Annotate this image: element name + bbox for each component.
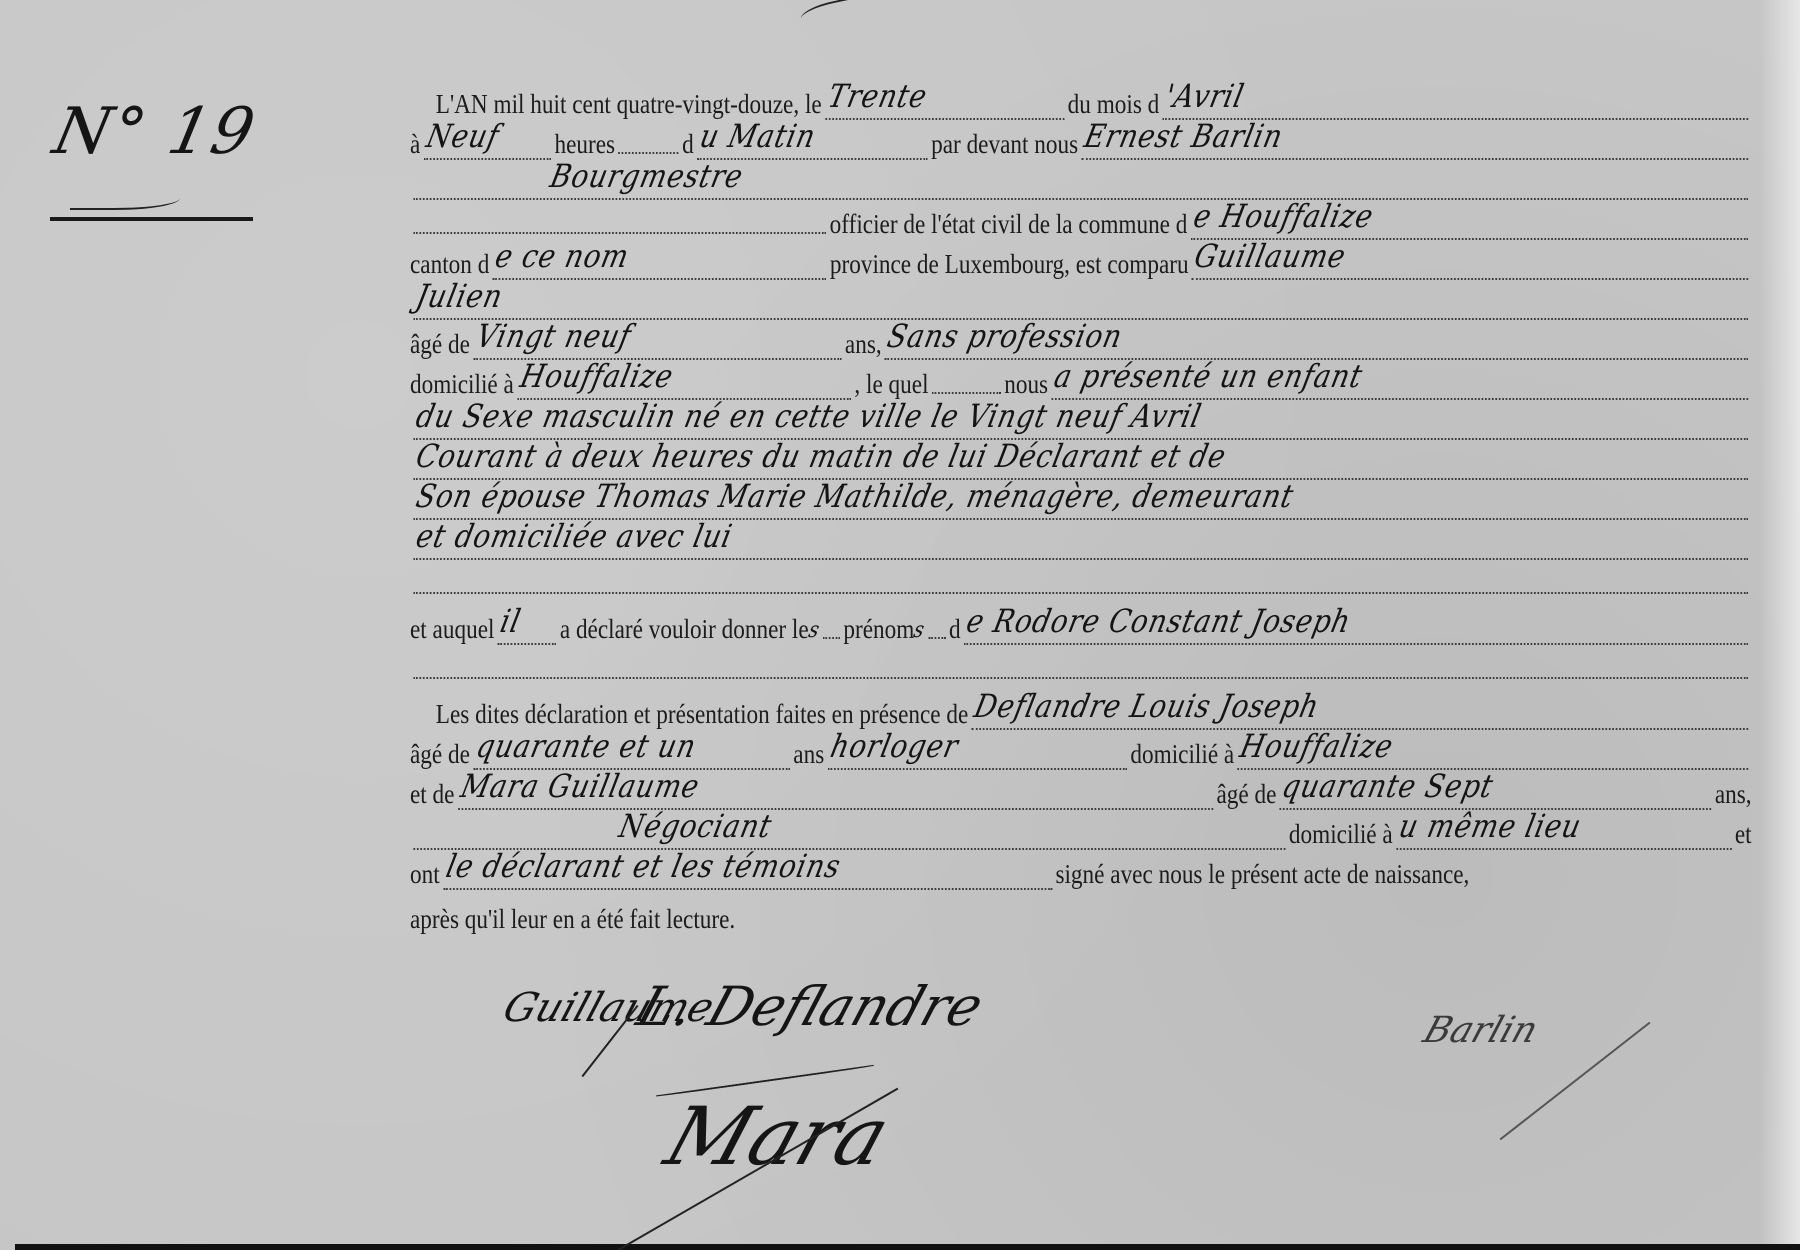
- form-line-6: Julien: [410, 280, 1752, 320]
- printed-text: du mois d: [1068, 89, 1160, 120]
- witness2-name-field: Mara Guillaume: [458, 776, 1213, 810]
- witness2-profession-field: Négociant: [413, 816, 1285, 850]
- witness2-residence-field: u même lieu: [1396, 816, 1731, 850]
- form-line-15: [410, 645, 1752, 685]
- form-line-12: et domiciliée avec lui: [410, 520, 1752, 560]
- declarant-last-name-field: Julien: [413, 286, 1748, 320]
- printed-text: ans,: [1715, 779, 1752, 810]
- dotted-line: [928, 636, 945, 639]
- printed-text: après qu'il leur en a été fait lecture.: [410, 904, 735, 935]
- declarant-residence-field: Houffalize: [517, 366, 851, 400]
- form-line-5: canton d e ce nom province de Luxembourg…: [410, 240, 1752, 280]
- printed-text: , le quel: [854, 369, 928, 400]
- printed-text: ont: [410, 859, 440, 890]
- ink-stroke: [799, 0, 861, 26]
- witness1-name-field: Deflandre Louis Joseph: [972, 696, 1748, 730]
- scan-border: [15, 1244, 1800, 1250]
- form-line-18: et de Mara Guillaume âgé de quarante Sep…: [410, 770, 1752, 810]
- form-line-13: [410, 560, 1752, 600]
- printed-text: signé avec nous le présent acte de naiss…: [1055, 859, 1469, 890]
- printed-text: prénom: [843, 614, 914, 645]
- signature-officer: Barlin: [1418, 1010, 1543, 1051]
- form-line-7: âgé de Vingt neuf ans, Sans profession: [410, 320, 1752, 360]
- printed-text: âgé de: [410, 739, 470, 770]
- form-line-20: ont le déclarant et les témoins signé av…: [410, 850, 1752, 890]
- printed-text: a déclaré vouloir donner le: [560, 614, 809, 645]
- page-edge: [1760, 0, 1800, 1250]
- witness1-residence-field: Houffalize: [1238, 736, 1748, 770]
- commune-field: e Houffalize: [1191, 206, 1748, 240]
- form-line-10: Courant à deux heures du matin de lui Dé…: [410, 440, 1752, 480]
- form-line-11: Son épouse Thomas Marie Mathilde, ménagè…: [410, 480, 1752, 520]
- child-names-field: e Rodore Constant Joseph: [964, 611, 1748, 645]
- period-field: u Matin: [697, 126, 927, 160]
- witness2-age-field: quarante Sept: [1280, 776, 1712, 810]
- printed-text: d: [949, 614, 961, 645]
- printed-text: province de Luxembourg, est comparu: [830, 249, 1189, 280]
- signature-witness1: L. Deflandre: [630, 975, 991, 1038]
- declarant-first-name-field: Guillaume: [1192, 246, 1748, 280]
- printed-text: domicilié à: [1130, 739, 1234, 770]
- witness1-age-field: quarante et un: [473, 736, 789, 770]
- form-line-17: âgé de quarante et un ans horloger domic…: [410, 730, 1752, 770]
- dotted-line: [619, 151, 679, 154]
- canton-field: e ce nom: [493, 246, 827, 280]
- printed-text: et: [1735, 819, 1752, 850]
- form-line-4: officier de l'état civil de la commune d…: [410, 200, 1752, 240]
- printed-text: âgé de: [1216, 779, 1276, 810]
- form-line-2: à Neuf heures d u Matin par devant nous …: [410, 120, 1752, 160]
- signature-stroke: [582, 1005, 639, 1077]
- printed-text: nous: [1004, 369, 1048, 400]
- form-line-1: L'AN mil huit cent quatre-vingt-douze, l…: [410, 80, 1752, 120]
- declarant-profession-field: Sans profession: [885, 326, 1748, 360]
- officer-name-field: Ernest Barlin: [1082, 126, 1749, 160]
- hour-field: Neuf: [424, 126, 551, 160]
- form-line-14: et auquel il a déclaré vouloir donner le…: [410, 605, 1752, 645]
- day-field: Trente: [825, 86, 1064, 120]
- child-details-field: du Sexe masculin né en cette ville le Vi…: [413, 406, 1748, 440]
- dotted-line: [413, 591, 1748, 594]
- printed-text: et auquel: [410, 614, 494, 645]
- printed-text: officier de l'état civil de la commune d: [830, 209, 1188, 240]
- signature-stroke: [656, 1065, 874, 1098]
- printed-text: par devant nous: [931, 129, 1078, 160]
- form-line-16: Les dites déclaration et présentation fa…: [410, 690, 1752, 730]
- printed-text: à: [410, 129, 420, 160]
- month-field: 'Avril: [1163, 86, 1748, 120]
- dotted-line: [932, 391, 1001, 394]
- signature-stroke: [612, 1088, 899, 1250]
- signature-witness2: Mara: [655, 1090, 901, 1183]
- pronoun-field: il: [498, 611, 556, 645]
- declarant-age-field: Vingt neuf: [473, 326, 841, 360]
- mother-residence-field: et domiciliée avec lui: [413, 526, 1748, 560]
- signature-stroke: [1500, 1022, 1651, 1141]
- form-line-9: du Sexe masculin né en cette ville le Vi…: [410, 400, 1752, 440]
- printed-text: ans,: [845, 329, 882, 360]
- printed-text: domicilié à: [410, 369, 514, 400]
- printed-text: âgé de: [410, 329, 470, 360]
- printed-text: ans: [793, 739, 824, 770]
- presentation-field: a présenté un enfant: [1052, 366, 1749, 400]
- printed-text: domicilié à: [1289, 819, 1393, 850]
- signers-field: le déclarant et les témoins: [443, 856, 1052, 890]
- signature-declarant: Guillaume: [498, 985, 720, 1031]
- record-number-flourish: [70, 190, 180, 210]
- printed-text: heures: [554, 129, 615, 160]
- mother-field: Son épouse Thomas Marie Mathilde, ménagè…: [413, 486, 1748, 520]
- printed-text: d: [682, 129, 694, 160]
- form-line-3: Bourgmestre: [410, 160, 1752, 200]
- printed-text: et de: [410, 779, 454, 810]
- printed-text: Les dites déclaration et présentation fa…: [410, 699, 968, 730]
- record-number: N° 19: [47, 95, 263, 169]
- dotted-line: [413, 231, 826, 234]
- form-line-21: après qu'il leur en a été fait lecture.: [410, 895, 1752, 935]
- printed-text: canton d: [410, 249, 489, 280]
- form-line-8: domicilié à Houffalize , le quel nous a …: [410, 360, 1752, 400]
- dotted-line: [823, 636, 840, 639]
- form-line-19: Négociant domicilié à u même lieu et: [410, 810, 1752, 850]
- dotted-line: [413, 676, 1748, 679]
- witness1-profession-field: horloger: [828, 736, 1127, 770]
- record-number-underline: [50, 217, 253, 221]
- birth-time-field: Courant à deux heures du matin de lui Dé…: [413, 446, 1748, 480]
- printed-text: L'AN mil huit cent quatre-vingt-douze, l…: [410, 89, 822, 120]
- officer-title-field: Bourgmestre: [413, 166, 1748, 200]
